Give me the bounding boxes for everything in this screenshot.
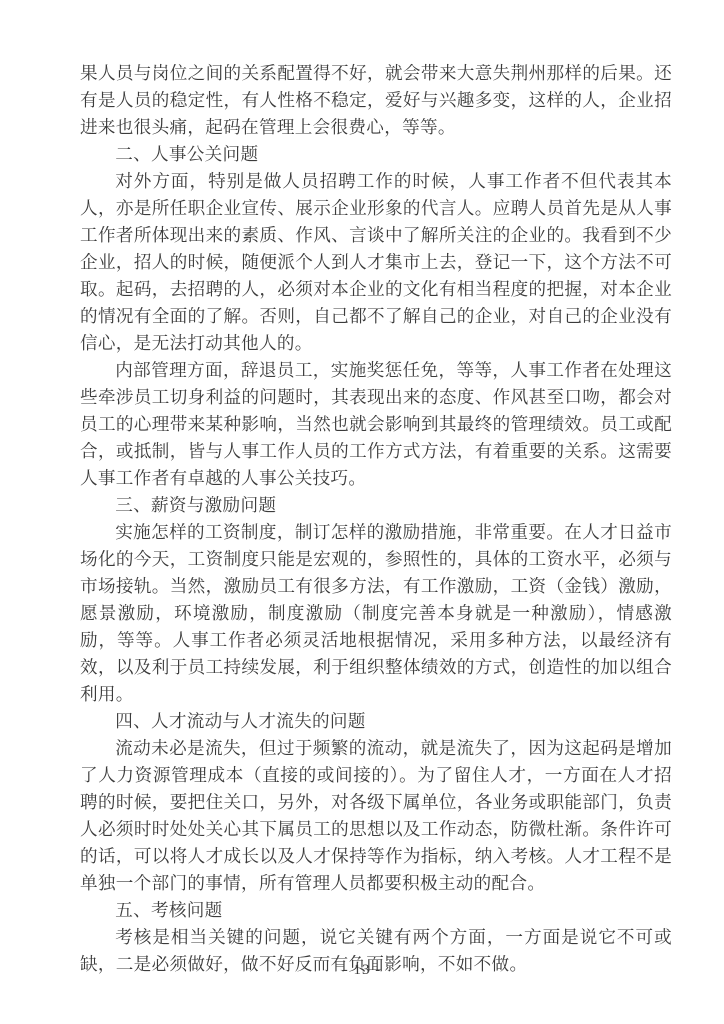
- document-body: 果人员与岗位之间的关系配置得不好，就会带来大意失荆州那样的后果。还有是人员的稳定…: [80, 60, 672, 978]
- paragraph: 实施怎样的工资制度，制订怎样的激励措施，非常重要。在人才日益市场化的今天，工资制…: [80, 519, 672, 708]
- section-heading: 三、薪资与激励问题: [80, 492, 672, 519]
- page-number: - 13 -: [0, 962, 724, 979]
- paragraph: 内部管理方面，辞退员工，实施奖惩任免，等等，人事工作者在处理这些牵涉员工切身利益…: [80, 357, 672, 492]
- paragraph: 果人员与岗位之间的关系配置得不好，就会带来大意失荆州那样的后果。还有是人员的稳定…: [80, 60, 672, 141]
- section-heading: 五、考核问题: [80, 897, 672, 924]
- paragraph: 流动未必是流失，但过于频繁的流动，就是流失了，因为这起码是增加了人力资源管理成本…: [80, 735, 672, 897]
- section-heading: 二、人事公关问题: [80, 141, 672, 168]
- section-heading: 四、人才流动与人才流失的问题: [80, 708, 672, 735]
- paragraph: 对外方面，特别是做人员招聘工作的时候，人事工作者不但代表其本人，亦是所任职企业宣…: [80, 168, 672, 357]
- document-page: 果人员与岗位之间的关系配置得不好，就会带来大意失荆州那样的后果。还有是人员的稳定…: [0, 0, 724, 1024]
